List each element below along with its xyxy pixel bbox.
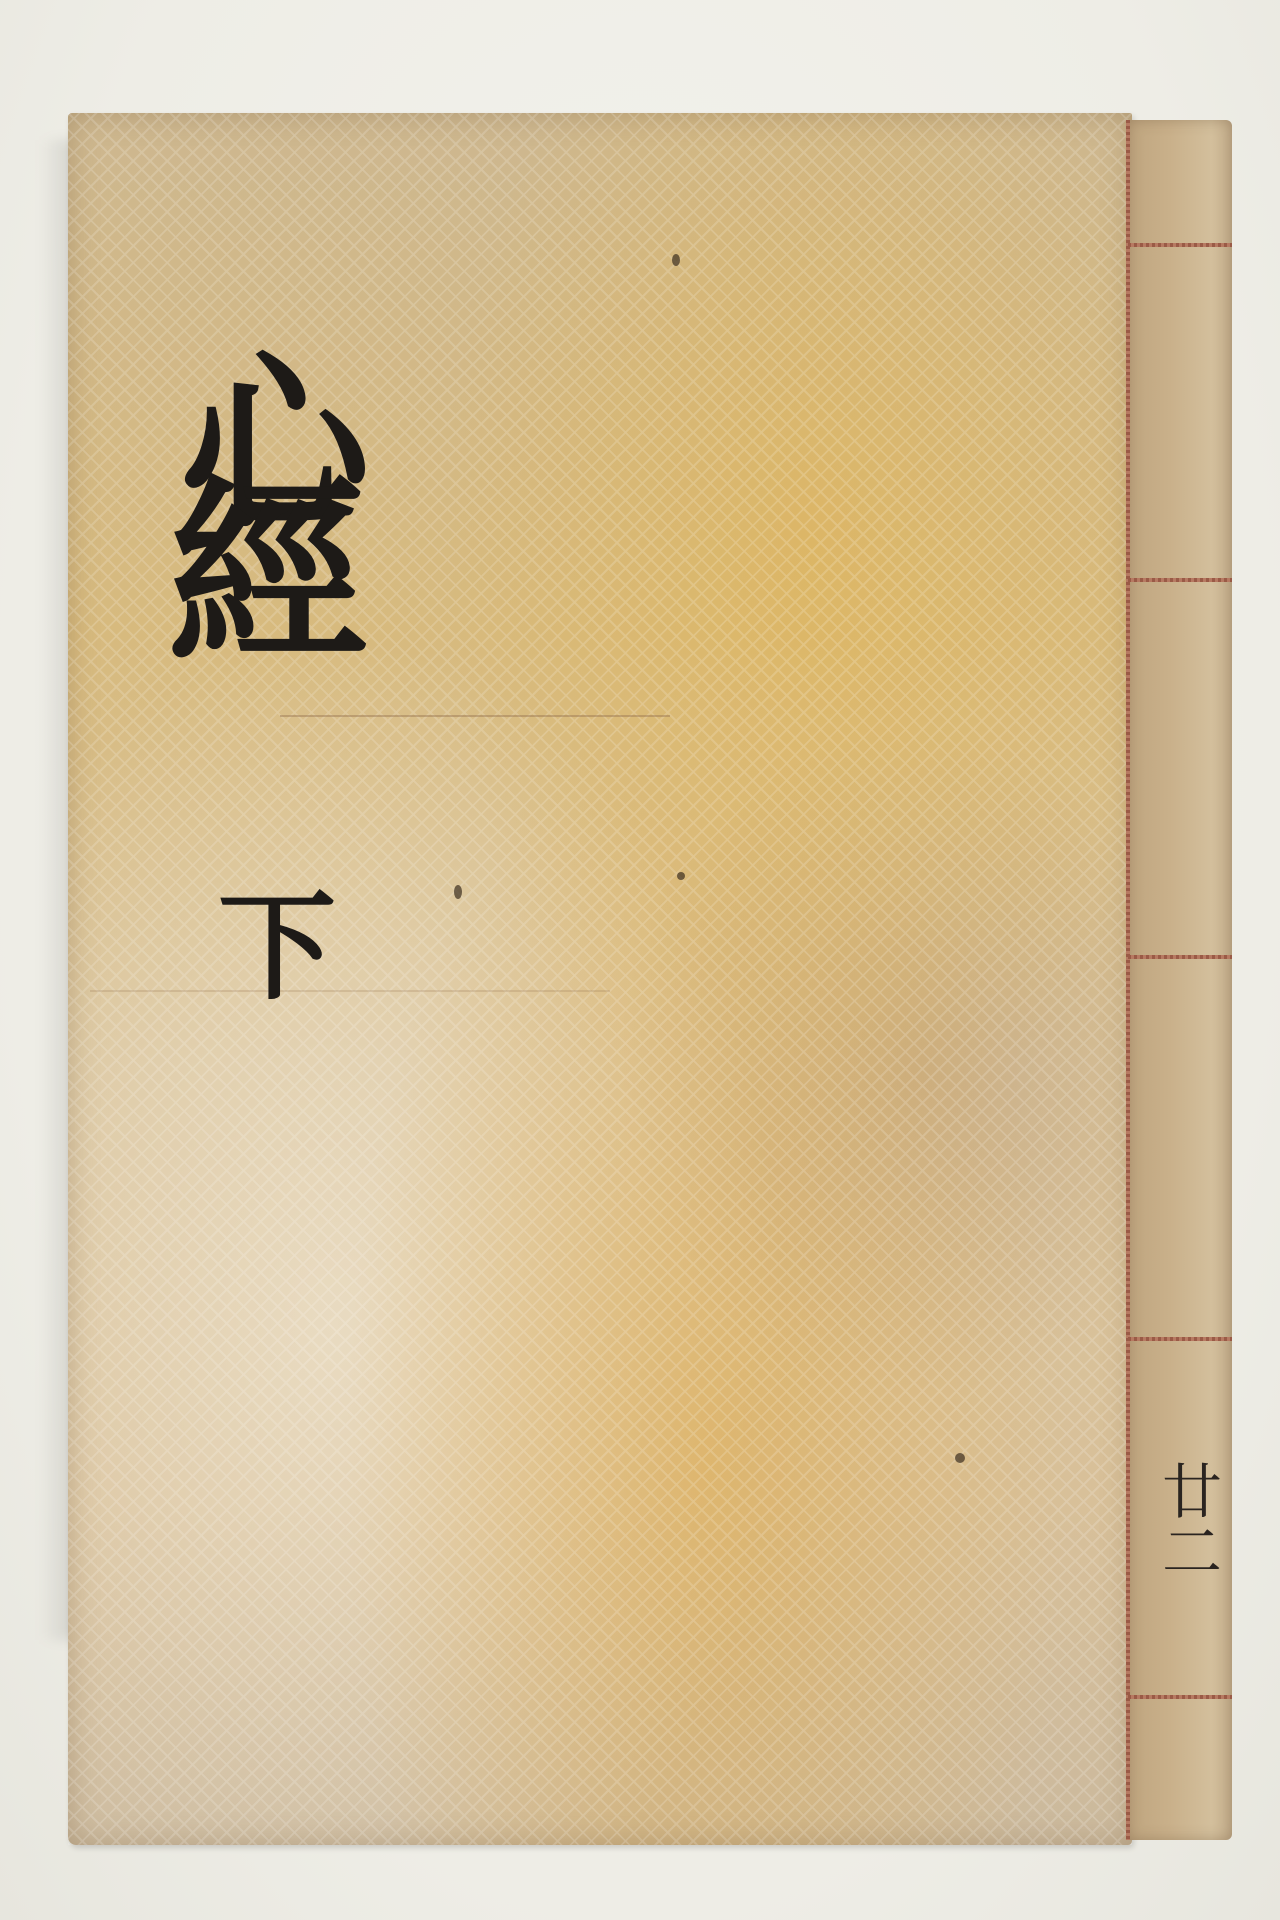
- book-spine: [1128, 120, 1232, 1840]
- ink-spot: [677, 872, 685, 880]
- ink-spot: [955, 1453, 965, 1463]
- title-character-sutra: 經: [168, 475, 368, 675]
- binding-stitch: [1128, 243, 1232, 247]
- spine-volume-number: 廿二: [1148, 1460, 1218, 1580]
- title-slip-line: [280, 715, 670, 717]
- binding-cord: [1126, 120, 1130, 1840]
- binding-stitch: [1128, 955, 1232, 959]
- fold-crease: [90, 990, 610, 992]
- binding-stitch: [1128, 578, 1232, 582]
- binding-stitch: [1128, 1695, 1232, 1699]
- ink-spot: [454, 885, 462, 899]
- volume-label: 下: [218, 888, 336, 1006]
- ink-spot: [672, 254, 680, 266]
- binding-stitch: [1128, 1337, 1232, 1341]
